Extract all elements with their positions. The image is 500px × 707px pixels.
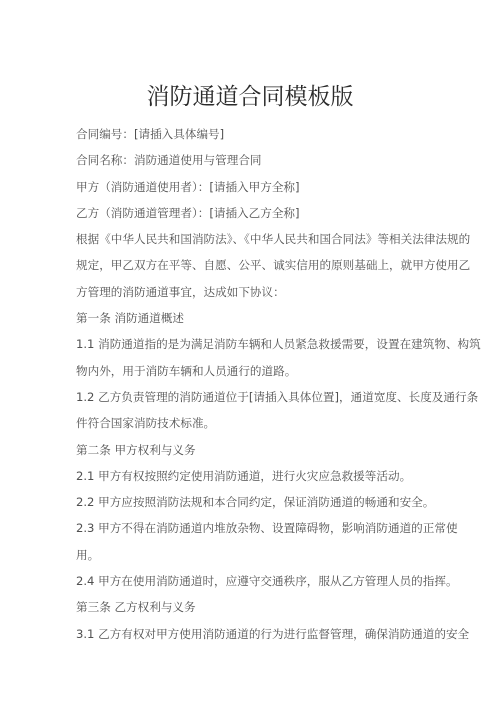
clause-line: 2.2 甲方应按照消防法规和本合同约定，保证消防通道的畅通和安全。	[76, 492, 426, 518]
article-2-heading: 第二条 甲方权利与义务	[76, 440, 426, 466]
clause-line: 1.2 乙方负责管理的消防通道位于[请插入具体位置]，通道宽度、长度及通行条	[76, 387, 426, 413]
article-3-heading: 第三条 乙方权利与义务	[76, 597, 426, 623]
clause-line: 件符合国家消防技术标准。	[76, 413, 426, 439]
party-b-line: 乙方（消防通道管理者）：[请插入乙方全称]	[76, 203, 426, 229]
clause-line: 1.1 消防通道指的是为满足消防车辆和人员紧急救援需要，设置在建筑物、构筑	[76, 334, 426, 360]
clause-line: 2.1 甲方有权按照约定使用消防通道，进行火灾应急救援等活动。	[76, 466, 426, 492]
preamble-line: 方管理的消防通道事宜，达成如下协议：	[76, 282, 426, 308]
contract-number-line: 合同编号：[请插入具体编号]	[76, 124, 426, 150]
clause-line: 用。	[76, 545, 426, 571]
document-title: 消防通道合同模板版	[0, 82, 500, 112]
preamble-line: 规定，甲乙双方在平等、自愿、公平、诚实信用的原则基础上，就甲方使用乙	[76, 255, 426, 281]
clause-line: 物内外，用于消防车辆和人员通行的道路。	[76, 361, 426, 387]
party-a-line: 甲方（消防通道使用者）：[请插入甲方全称]	[76, 177, 426, 203]
clause-line: 2.3 甲方不得在消防通道内堆放杂物、设置障碍物，影响消防通道的正常使	[76, 518, 426, 544]
clause-line: 3.1 乙方有权对甲方使用消防通道的行为进行监督管理，确保消防通道的安全	[76, 624, 426, 650]
preamble-line: 根据《中华人民共和国消防法》、《中华人民共和国合同法》等相关法律法规的	[76, 229, 426, 255]
document-body: 合同编号：[请插入具体编号] 合同名称：消防通道使用与管理合同 甲方（消防通道使…	[76, 124, 426, 650]
contract-name-line: 合同名称：消防通道使用与管理合同	[76, 150, 426, 176]
clause-line: 2.4 甲方在使用消防通道时，应遵守交通秩序，服从乙方管理人员的指挥。	[76, 571, 426, 597]
article-1-heading: 第一条 消防通道概述	[76, 308, 426, 334]
document-page: 消防通道合同模板版 合同编号：[请插入具体编号] 合同名称：消防通道使用与管理合…	[0, 0, 500, 707]
